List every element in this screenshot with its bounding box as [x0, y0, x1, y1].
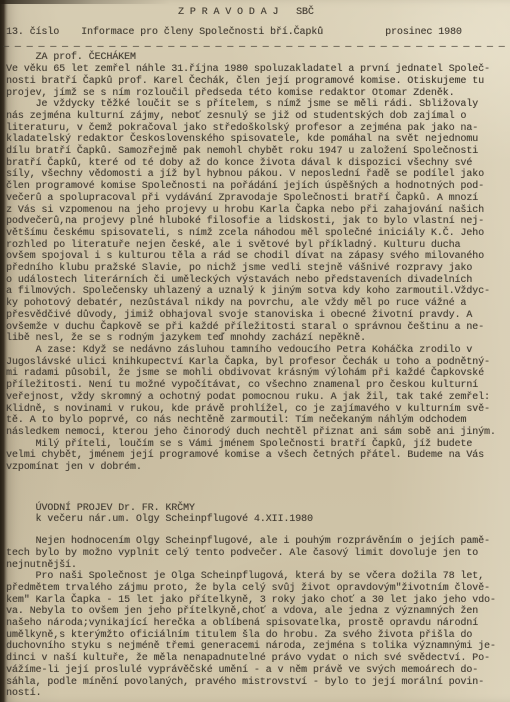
text-line: z Vás si vzpomenou na jeho projevy u hro… — [6, 205, 508, 217]
text-line: Ve věku 65 let zemřel náhle 31.října 198… — [6, 64, 508, 76]
text-line: tech bylo by možno vyplnit celý tento po… — [6, 548, 508, 560]
issue-date: prosinec 1980 — [385, 27, 462, 39]
text-line: Jugoslávské ulici knihkupectví Karla Čap… — [6, 357, 508, 369]
text-line: kem" Karla Čapka - 15 let jako přítelkyn… — [6, 595, 508, 607]
text-line: ovšem spojoval i s kulturou těla a rád s… — [6, 251, 508, 263]
section-heading-block: ZA prof. ČECHÁKEM — [6, 52, 508, 64]
text-line: velmi chybět, jménem její programové kom… — [6, 450, 508, 462]
text-line: a filmových. Společensky uhlazený a uzna… — [6, 286, 508, 298]
text-line: sáhla, podle mínění povolaných, pravého … — [6, 677, 508, 689]
text-line: ky pohotový debatér, nezůstával nikdy na… — [6, 298, 508, 310]
text-line: bratří Čapků, které od té doby až do kon… — [6, 158, 508, 170]
text-line: o událostech literárních či uměleckých v… — [6, 275, 508, 287]
section-body: Ve věku 65 let zemřel náhle 31.října 198… — [6, 64, 508, 474]
text-line: projev, jímž se s ním rozloučil předseda… — [6, 88, 508, 100]
newsletter-title: Z P R A V O D A J SBČ — [178, 7, 510, 19]
text-line: libě nesl, že se s rodným jazykem teď mn… — [6, 333, 508, 345]
text-line: rozhled po literatuře nejen české, ale i… — [6, 240, 508, 252]
issue-number: 13. číslo — [6, 27, 59, 39]
text-line: večerů a spolupracoval při vydávání Zpra… — [6, 193, 508, 205]
text-line: nás zejména kulturní zájmy, neboť zesnul… — [6, 111, 508, 123]
section: ÚVODNÍ PROJEV Dr. FR. KRČMY k večeru nár… — [6, 503, 508, 700]
text-line: většímu českému spisovateli, s nímž zcel… — [6, 228, 508, 240]
text-line: tě. A to bylo poprvé, co nás nechtěně za… — [6, 415, 508, 427]
text-line: nosti bratří Čapků prof. Karel Čechák, č… — [6, 76, 508, 88]
text-line: předmětem trvalého zájmu proto, že byla … — [6, 583, 508, 595]
section-heading: ZA prof. ČECHÁKEM — [6, 52, 508, 64]
section-heading: k večeru nár.um. Olgy Scheinpflugové 4.X… — [6, 514, 508, 526]
text-line: va. Nebyla to ovšem jen jeho přítelkyně,… — [6, 606, 508, 618]
text-line: člen programové komise Společnosti na po… — [6, 181, 508, 193]
masthead-row: 13. číslo Informace pro členy Společnost… — [0, 27, 510, 39]
text-line: vzpomínat jen v dobrém. — [6, 462, 508, 474]
masthead-subtitle: Informace pro členy Společnosti bří.Čapk… — [81, 27, 323, 39]
text-line: ností. — [6, 688, 508, 700]
text-line: následkem nemoci, kterou jeho činorodý d… — [6, 427, 508, 439]
text-line: dinci v naší kultuře, že měla nenapadnut… — [6, 653, 508, 665]
text-line: Pro naši Společnost je Olga Scheinpflugo… — [6, 571, 508, 583]
text-line: Milý příteli, loučím se s Vámi jménem Sp… — [6, 439, 508, 451]
section-heading: ÚVODNÍ PROJEV Dr. FR. KRČMY — [6, 503, 508, 515]
text-line: literaturu, v čemž pokračoval jako střed… — [6, 123, 508, 135]
text-line: mi radami působil, že jsme se mohli obdi… — [6, 368, 508, 380]
text-line: duchovního styku s nejméně třemi generac… — [6, 641, 508, 653]
text-line: našeho národa;vynikající herečka a oblíb… — [6, 618, 508, 630]
document-body: ZA prof. ČECHÁKEM Ve věku 65 let zemřel … — [0, 52, 510, 700]
scanned-newsletter-page: Z P R A V O D A J SBČ 13. číslo Informac… — [0, 0, 510, 702]
text-line: A zase: Když se nedávno zásluhou tamního… — [6, 345, 508, 357]
text-line: nejnutnější. — [6, 560, 508, 572]
section-heading-block: ÚVODNÍ PROJEV Dr. FR. KRČMY k večeru nár… — [6, 503, 508, 526]
text-line: kladatelský redaktor Československého sp… — [6, 134, 508, 146]
text-line: příležitosti. Není tu možné vypočítávat,… — [6, 380, 508, 392]
text-line: Je vždycky těžké loučit se s přítelem, s… — [6, 99, 508, 111]
text-line: Klidně, s novinami v rukou, kde právě pr… — [6, 404, 508, 416]
text-line: síly, všechny vědomosti a jíž byl hybnou… — [6, 169, 508, 181]
text-line: přesvědčivé důvody, jimiž obhajoval svoj… — [6, 310, 508, 322]
section-body: Nejen hodnocením Olgy Scheinpflugové, al… — [6, 536, 508, 700]
text-line: podvečerů,na projevy plné hluboké filoso… — [6, 216, 508, 228]
text-line: veřejnost, vždy skromný a ochotný podat … — [6, 392, 508, 404]
text-line: dílu bratří Čapků. Samozřejmě pak nemohl… — [6, 146, 508, 158]
text-line: umělkyně,s kterýmžto oficiálním titulem … — [6, 630, 508, 642]
masthead: Z P R A V O D A J SBČ 13. číslo Informac… — [0, 0, 510, 54]
text-line: předního klubu pražské Slavie, po nichž … — [6, 263, 508, 275]
text-line: vážíme-li její proslulé vyprávěčské uměn… — [6, 665, 508, 677]
text-line: ovšemže v duchu Čapkově se při každé pří… — [6, 322, 508, 334]
section: ZA prof. ČECHÁKEM Ve věku 65 let zemřel … — [6, 52, 508, 473]
text-line: Nejen hodnocením Olgy Scheinpflugové, al… — [6, 536, 508, 548]
